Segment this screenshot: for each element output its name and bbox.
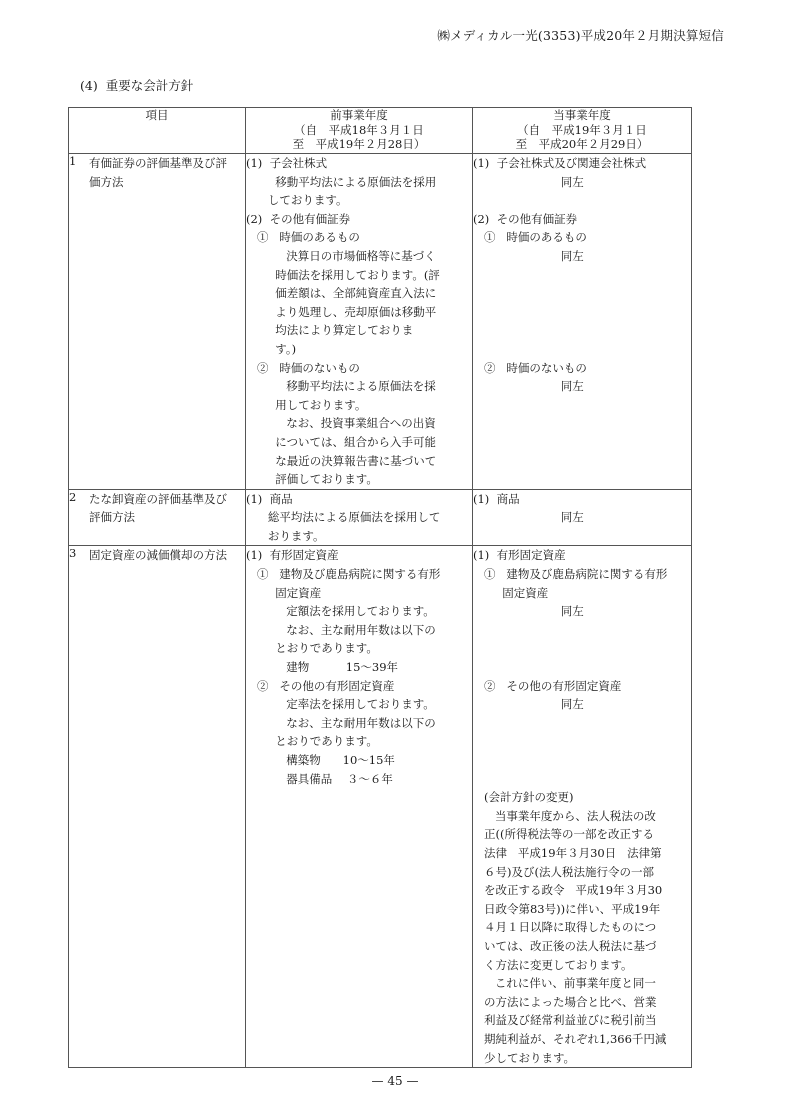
text-line: 同左 xyxy=(473,508,691,527)
item-cell: 3固定資産の減価償却の方法 xyxy=(69,546,246,1068)
text-line: 法律 平成19年３月30日 法律第 xyxy=(473,844,691,863)
text-line: (1) 有形固定資産 xyxy=(473,546,691,565)
current-year-from: （自 平成19年３月１日 xyxy=(473,123,691,138)
prior-year-to: 至 平成19年２月28日） xyxy=(246,137,472,152)
text-line: ② その他の有形固定資産 xyxy=(246,677,472,696)
text-line xyxy=(473,658,691,677)
text-line: な最近の決算報告書に基づいて xyxy=(246,452,472,471)
text-line: 正((所得税法等の一部を改正する xyxy=(473,825,691,844)
text-line: なお、主な耐用年数は以下の xyxy=(246,621,472,640)
prior-year-label: 前事業年度 xyxy=(246,108,472,123)
prior-year-from: （自 平成18年３月１日 xyxy=(246,123,472,138)
text-line: (2) その他有価証券 xyxy=(473,210,691,229)
section-title-text: 重要な会計方針 xyxy=(106,78,194,93)
current-year-cell: (1) 子会社株式及び関連会社株式 同左(2) その他有価証券 ① 時価のあるも… xyxy=(473,154,692,490)
text-line: す。) xyxy=(246,340,472,359)
item-title: 固定資産の減価償却の方法 xyxy=(89,546,227,565)
text-line: ① 建物及び鹿島病院に関する有形 xyxy=(473,565,691,584)
text-line xyxy=(473,303,691,322)
text-line: 均法により算定しておりま xyxy=(246,321,472,340)
text-line: (1) 子会社株式 xyxy=(246,154,472,173)
page-number: — 45 — xyxy=(0,1074,790,1088)
text-line: なお、投資事業組合への出資 xyxy=(246,414,472,433)
text-line xyxy=(473,321,691,340)
text-line: (会計方針の変更) xyxy=(473,788,691,807)
text-line: 時価法を採用しております。(評 xyxy=(246,266,472,285)
text-line xyxy=(473,266,691,285)
item-number: 2 xyxy=(69,490,89,504)
report-header: ㈱メディカル一光(3353)平成20年２月期決算短信 xyxy=(437,26,724,44)
text-line: とおりであります。 xyxy=(246,639,472,658)
text-line: ６号)及び(法人税法施行令の一部 xyxy=(473,863,691,882)
text-line: 総平均法による原価法を採用して xyxy=(246,508,472,527)
text-line: く方法に変更しております。 xyxy=(473,956,691,975)
text-line: (1) 子会社株式及び関連会社株式 xyxy=(473,154,691,173)
column-header-current-year: 当事業年度 （自 平成19年３月１日 至 平成20年２月29日） xyxy=(473,108,692,154)
text-line: 期純利益が、それぞれ1,366千円減 xyxy=(473,1030,691,1049)
text-line: 定率法を採用しております。 xyxy=(246,695,472,714)
item-title: たな卸資産の評価基準及び評価方法 xyxy=(89,490,227,527)
text-line: 少しております。 xyxy=(473,1049,691,1068)
current-year-cell: (1) 商品 同左 xyxy=(473,489,692,546)
text-line: 移動平均法による原価法を採用 xyxy=(246,173,472,192)
text-line: 固定資産 xyxy=(473,584,691,603)
text-line: 同左 xyxy=(473,695,691,714)
prior-year-cell: (1) 子会社株式 移動平均法による原価法を採用 しております。(2) その他有… xyxy=(246,154,473,490)
text-line: 同左 xyxy=(473,173,691,192)
text-line: 移動平均法による原価法を採 xyxy=(246,377,472,396)
column-header-prior-year: 前事業年度 （自 平成18年３月１日 至 平成19年２月28日） xyxy=(246,108,473,154)
text-line: 利益及び経常利益並びに税引前当 xyxy=(473,1011,691,1030)
section-title: (4)重要な会計方針 xyxy=(80,76,193,94)
column-header-item: 項目 xyxy=(69,108,246,154)
text-line: 構築物 10～15年 xyxy=(246,751,472,770)
text-line: 定額法を採用しております。 xyxy=(246,602,472,621)
text-line: 評価しております。 xyxy=(246,470,472,489)
item-cell: 2たな卸資産の評価基準及び評価方法 xyxy=(69,489,246,546)
text-line: おります。 xyxy=(246,527,472,546)
text-line: ② その他の有形固定資産 xyxy=(473,677,691,696)
text-line: ４月１日以降に取得したものにつ xyxy=(473,918,691,937)
text-line: ① 時価のあるもの xyxy=(473,228,691,247)
text-line: ① 時価のあるもの xyxy=(246,228,472,247)
text-line xyxy=(473,732,691,751)
table-header-row: 項目 前事業年度 （自 平成18年３月１日 至 平成19年２月28日） 当事業年… xyxy=(69,108,692,154)
text-line: (2) その他有価証券 xyxy=(246,210,472,229)
text-line: 器具備品 ３～６年 xyxy=(246,770,472,789)
text-line: 同左 xyxy=(473,602,691,621)
text-line: これに伴い、前事業年度と同一 xyxy=(473,974,691,993)
text-line xyxy=(473,751,691,770)
text-line xyxy=(473,284,691,303)
accounting-policy-table: 項目 前事業年度 （自 平成18年３月１日 至 平成19年２月28日） 当事業年… xyxy=(68,107,692,1068)
text-line: 決算日の市場価格等に基づく xyxy=(246,247,472,266)
prior-year-cell: (1) 有形固定資産 ① 建物及び鹿島病院に関する有形 固定資産 定額法を採用し… xyxy=(246,546,473,1068)
item-title: 有価証券の評価基準及び評価方法 xyxy=(89,154,227,191)
text-line: ② 時価のないもの xyxy=(473,359,691,378)
text-line: の方法によった場合と比べ、営業 xyxy=(473,993,691,1012)
text-line: 同左 xyxy=(473,377,691,396)
text-line: (1) 商品 xyxy=(246,490,472,509)
text-line: ① 建物及び鹿島病院に関する有形 xyxy=(246,565,472,584)
text-line: 固定資産 xyxy=(246,584,472,603)
text-line: (1) 有形固定資産 xyxy=(246,546,472,565)
text-line xyxy=(473,714,691,733)
text-line: しております。 xyxy=(246,191,472,210)
text-line: ② 時価のないもの xyxy=(246,359,472,378)
text-line: (1) 商品 xyxy=(473,490,691,509)
text-line: 日政令第83号))に伴い、平成19年 xyxy=(473,900,691,919)
current-year-cell: (1) 有形固定資産 ① 建物及び鹿島病院に関する有形 固定資産 同左 ② その… xyxy=(473,546,692,1068)
prior-year-cell: (1) 商品 総平均法による原価法を採用して おります。 xyxy=(246,489,473,546)
text-line: を改正する政令 平成19年３月30 xyxy=(473,881,691,900)
text-line: より処理し、売却原価は移動平 xyxy=(246,303,472,322)
item-number: 1 xyxy=(69,154,89,168)
item-number: 3 xyxy=(69,546,89,560)
table-row: 3固定資産の減価償却の方法(1) 有形固定資産 ① 建物及び鹿島病院に関する有形… xyxy=(69,546,692,1068)
item-cell: 1有価証券の評価基準及び評価方法 xyxy=(69,154,246,490)
text-line: については、組合から入手可能 xyxy=(246,433,472,452)
section-number: (4) xyxy=(80,78,98,93)
current-year-label: 当事業年度 xyxy=(473,108,691,123)
text-line: とおりであります。 xyxy=(246,732,472,751)
current-year-to: 至 平成20年２月29日） xyxy=(473,137,691,152)
text-line: 建物 15～39年 xyxy=(246,658,472,677)
text-line xyxy=(473,770,691,789)
text-line xyxy=(473,639,691,658)
text-line xyxy=(473,621,691,640)
table-row: 2たな卸資産の評価基準及び評価方法(1) 商品 総平均法による原価法を採用して … xyxy=(69,489,692,546)
text-line: 用しております。 xyxy=(246,396,472,415)
text-line xyxy=(473,340,691,359)
text-line xyxy=(473,191,691,210)
text-line: 同左 xyxy=(473,247,691,266)
table-row: 1有価証券の評価基準及び評価方法(1) 子会社株式 移動平均法による原価法を採用… xyxy=(69,154,692,490)
text-line: 価差額は、全部純資産直入法に xyxy=(246,284,472,303)
text-line: なお、主な耐用年数は以下の xyxy=(246,714,472,733)
text-line: 当事業年度から、法人税法の改 xyxy=(473,807,691,826)
text-line: いては、改正後の法人税法に基づ xyxy=(473,937,691,956)
